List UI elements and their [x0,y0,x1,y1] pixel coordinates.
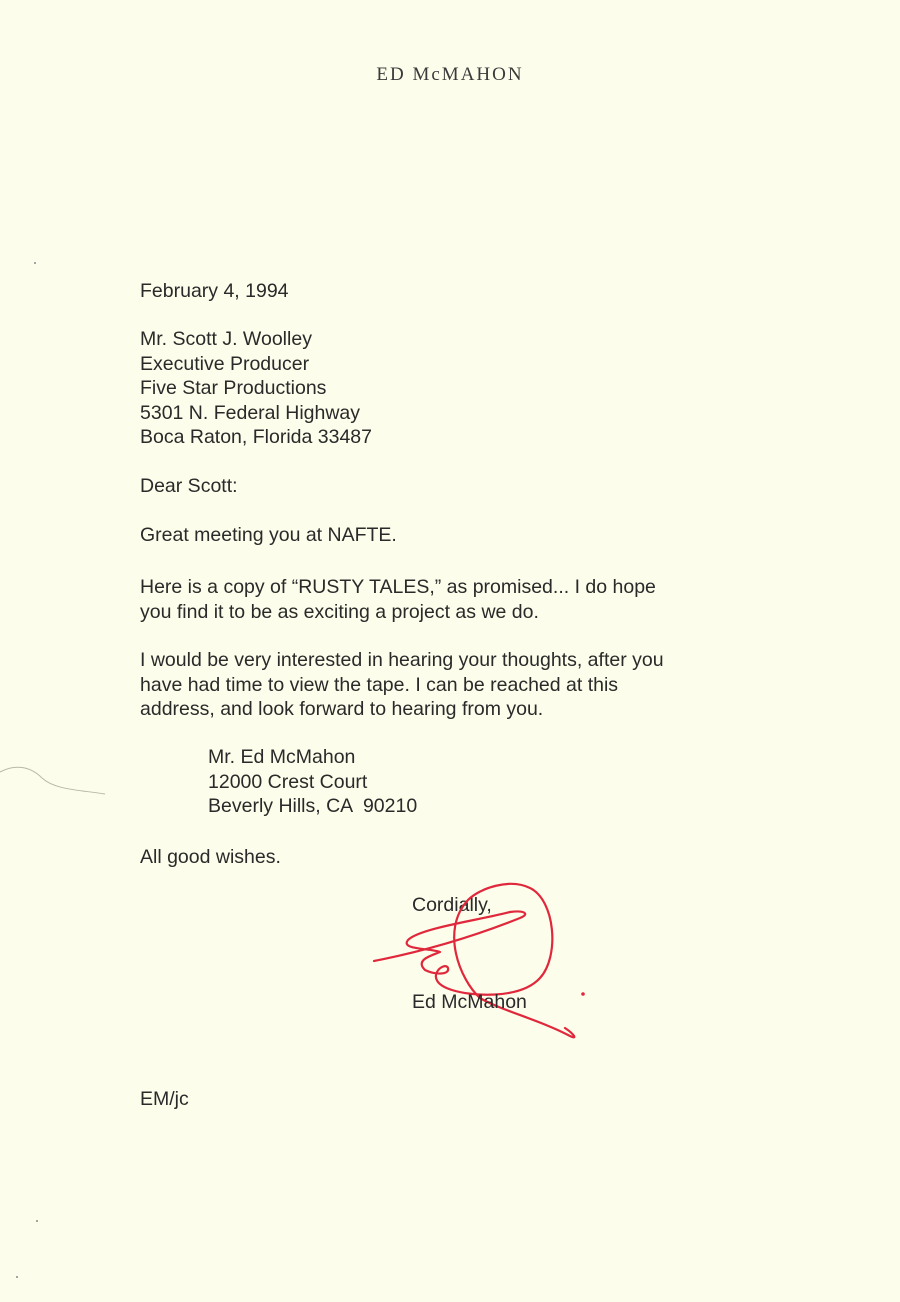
body-paragraph-1: Great meeting you at NAFTE. [140,523,397,548]
recipient-line: Executive Producer [140,352,309,377]
reference-initials: EM/jc [140,1087,189,1112]
body-line: you find it to be as exciting a project … [140,600,539,625]
return-address-line: 12000 Crest Court [208,770,367,795]
return-address-line: Mr. Ed McMahon [208,745,355,770]
paper-speck [16,1276,18,1278]
paper-crease [0,760,120,800]
closing-line: All good wishes. [140,845,281,870]
paper-speck [36,1220,38,1222]
body-line: Here is a copy of “RUSTY TALES,” as prom… [140,575,656,600]
recipient-line: 5301 N. Federal Highway [140,401,360,426]
recipient-line: Five Star Productions [140,376,326,401]
paper-speck [34,262,36,264]
letter-date: February 4, 1994 [140,279,289,304]
signer-name: Ed McMahon [412,990,527,1015]
letterhead: ED McMAHON [0,64,900,86]
recipient-line: Boca Raton, Florida 33487 [140,425,372,450]
signature-scribble [360,860,600,1050]
body-line: I would be very interested in hearing yo… [140,648,664,673]
salutation: Dear Scott: [140,474,238,499]
recipient-line: Mr. Scott J. Woolley [140,327,312,352]
return-address-line: Beverly Hills, CA 90210 [208,794,417,819]
body-line: address, and look forward to hearing fro… [140,697,543,722]
body-line: have had time to view the tape. I can be… [140,673,618,698]
